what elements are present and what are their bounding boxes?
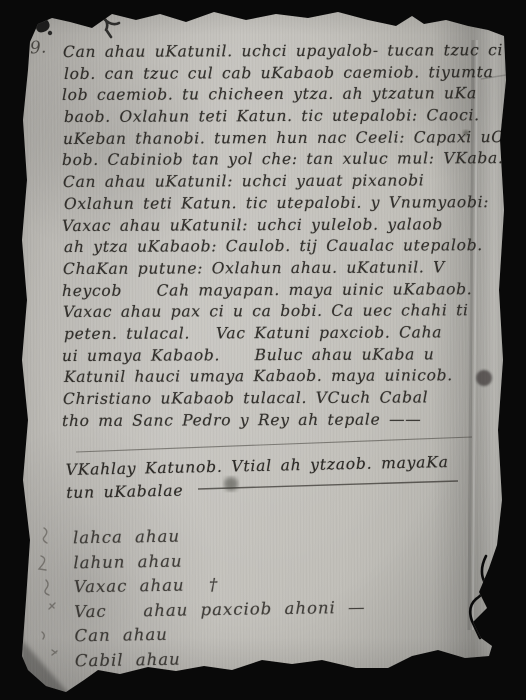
- katun-list-item: Vac ahau paxciob ahoni —: [74, 595, 366, 624]
- manuscript-line: lob caemiob. tu chicheen ytza. ah ytzatu…: [62, 83, 514, 107]
- ink-blot: [36, 15, 119, 37]
- tear-crack: [470, 556, 486, 638]
- katun-list: lahca ahau lahun ahau Vaxac ahau † Vac a…: [73, 522, 367, 674]
- section-heading: VKahlay Katunob. Vtial ah ytzaob. mayaKa…: [66, 451, 450, 504]
- manuscript-line: tho ma Sanc Pedro y Rey ah tepale ——: [62, 409, 514, 433]
- pencil-rule: [76, 437, 472, 452]
- manuscript-line: ui umaya Kabaob. Buluc ahau uKaba u: [62, 344, 514, 368]
- main-text-block: Can ahau uKatunil. uchci upayalob- tucan…: [63, 41, 514, 431]
- manuscript-line: heycob Cah mayapan. maya uinic uKabaob.: [62, 279, 514, 303]
- margin-marks: [39, 528, 57, 655]
- manuscript-line: baob. Oxlahun teti Katun. tic utepalobi:…: [64, 105, 514, 129]
- manuscript-line: Christiano uKabaob tulacal. VCuch Cabal: [63, 387, 514, 411]
- manuscript-line: uKeban thanobi. tumen hun nac Ceeli: Cap…: [63, 127, 514, 151]
- katun-list-item: Cabil ahau: [75, 645, 367, 674]
- manuscript-line: Can ahau uKatunil: uchci yauat pixanobi: [63, 170, 514, 194]
- manuscript-line: Katunil hauci umaya Kabaob. maya uinicob…: [64, 365, 514, 389]
- manuscript-line: peten. tulacal. Vac Katuni paxciob. Caha: [64, 322, 514, 346]
- manuscript-line: ah ytza uKabaob: Caulob. tij Caualac ute…: [64, 235, 514, 259]
- corner-shadow: [20, 640, 70, 695]
- manuscript-line: bob. Cabiniob tan yol che: tan xuluc mul…: [62, 148, 514, 172]
- manuscript-line: Vaxac ahau pax ci u ca bobi. Ca uec chah…: [63, 300, 514, 324]
- manuscript-line: Can ahau uKatunil. uchci upayalob- tucan…: [63, 40, 514, 64]
- manuscript-line: ChaKan putune: Oxlahun ahau. uKatunil. V: [63, 257, 514, 281]
- manuscript-page: 9. Can ahau uKatunil. uchci upayalob- tu…: [0, 0, 526, 700]
- folio-number: 9.: [29, 37, 47, 58]
- manuscript-line: lob. can tzuc cul cab uKabaob caemiob. t…: [64, 62, 514, 86]
- manuscript-line: Vaxac ahau uKatunil: uchci yulelob. yala…: [62, 214, 514, 238]
- manuscript-line: Oxlahun teti Katun. tic utepalobi. y Vnu…: [64, 192, 514, 216]
- photo-background: 9. Can ahau uKatunil. uchci upayalob- tu…: [0, 0, 526, 700]
